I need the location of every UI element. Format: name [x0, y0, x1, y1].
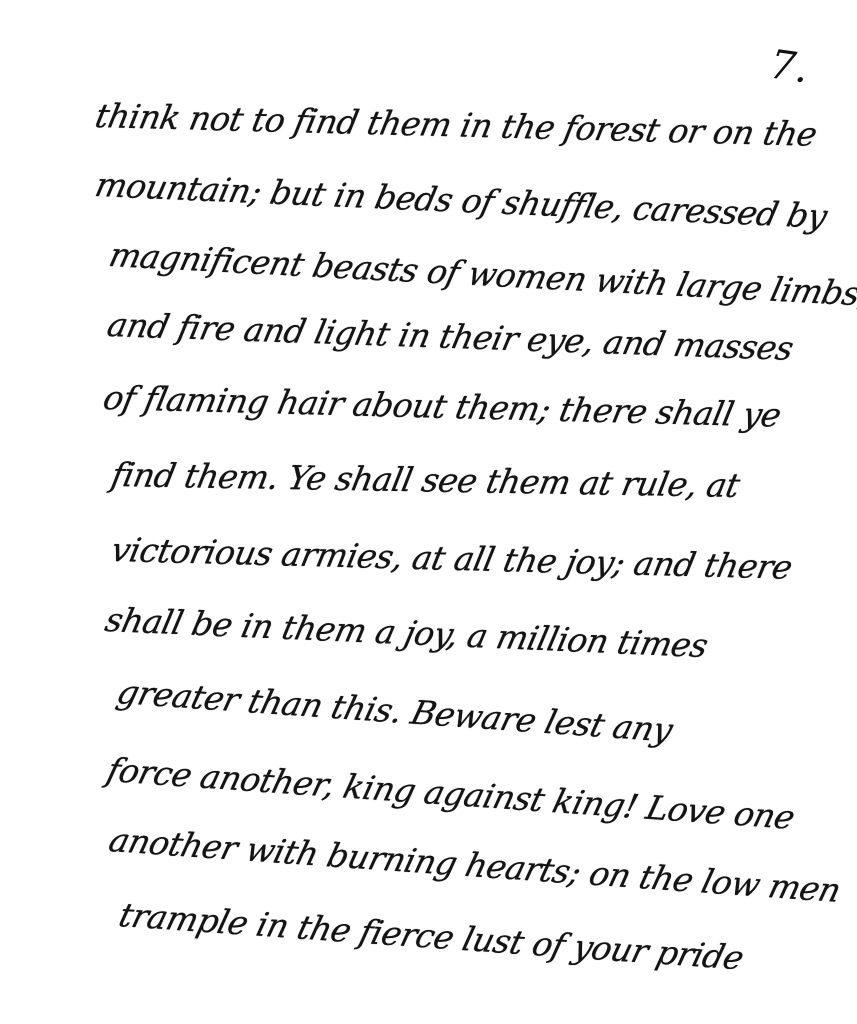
manuscript-line: mountain; but in beds of shuffle, caress… — [92, 165, 831, 236]
manuscript-line: another with burning hearts; on the low … — [105, 820, 844, 909]
manuscript-line: of flaming hair about them; there shall … — [100, 378, 784, 435]
manuscript-line: victorious armies, at all the joy; and t… — [108, 530, 796, 587]
page-number: 7. — [767, 42, 811, 93]
manuscript-line: force another, king against king! Love o… — [103, 750, 798, 836]
manuscript-page: 7. think not to find them in the forest … — [0, 0, 857, 1024]
manuscript-line: magnificent beasts of women with large l… — [106, 235, 857, 313]
manuscript-line: and fire and light in their eye, and mas… — [104, 305, 797, 368]
manuscript-line: greater than this. Beware lest any — [113, 672, 676, 749]
manuscript-line: think not to find them in the forest or … — [92, 96, 820, 154]
manuscript-line: shall be in them a joy, a million times — [102, 600, 712, 665]
manuscript-line: trample in the fierce lust of your pride — [115, 895, 747, 977]
manuscript-line: find them. Ye shall see them at rule, at — [108, 455, 743, 505]
